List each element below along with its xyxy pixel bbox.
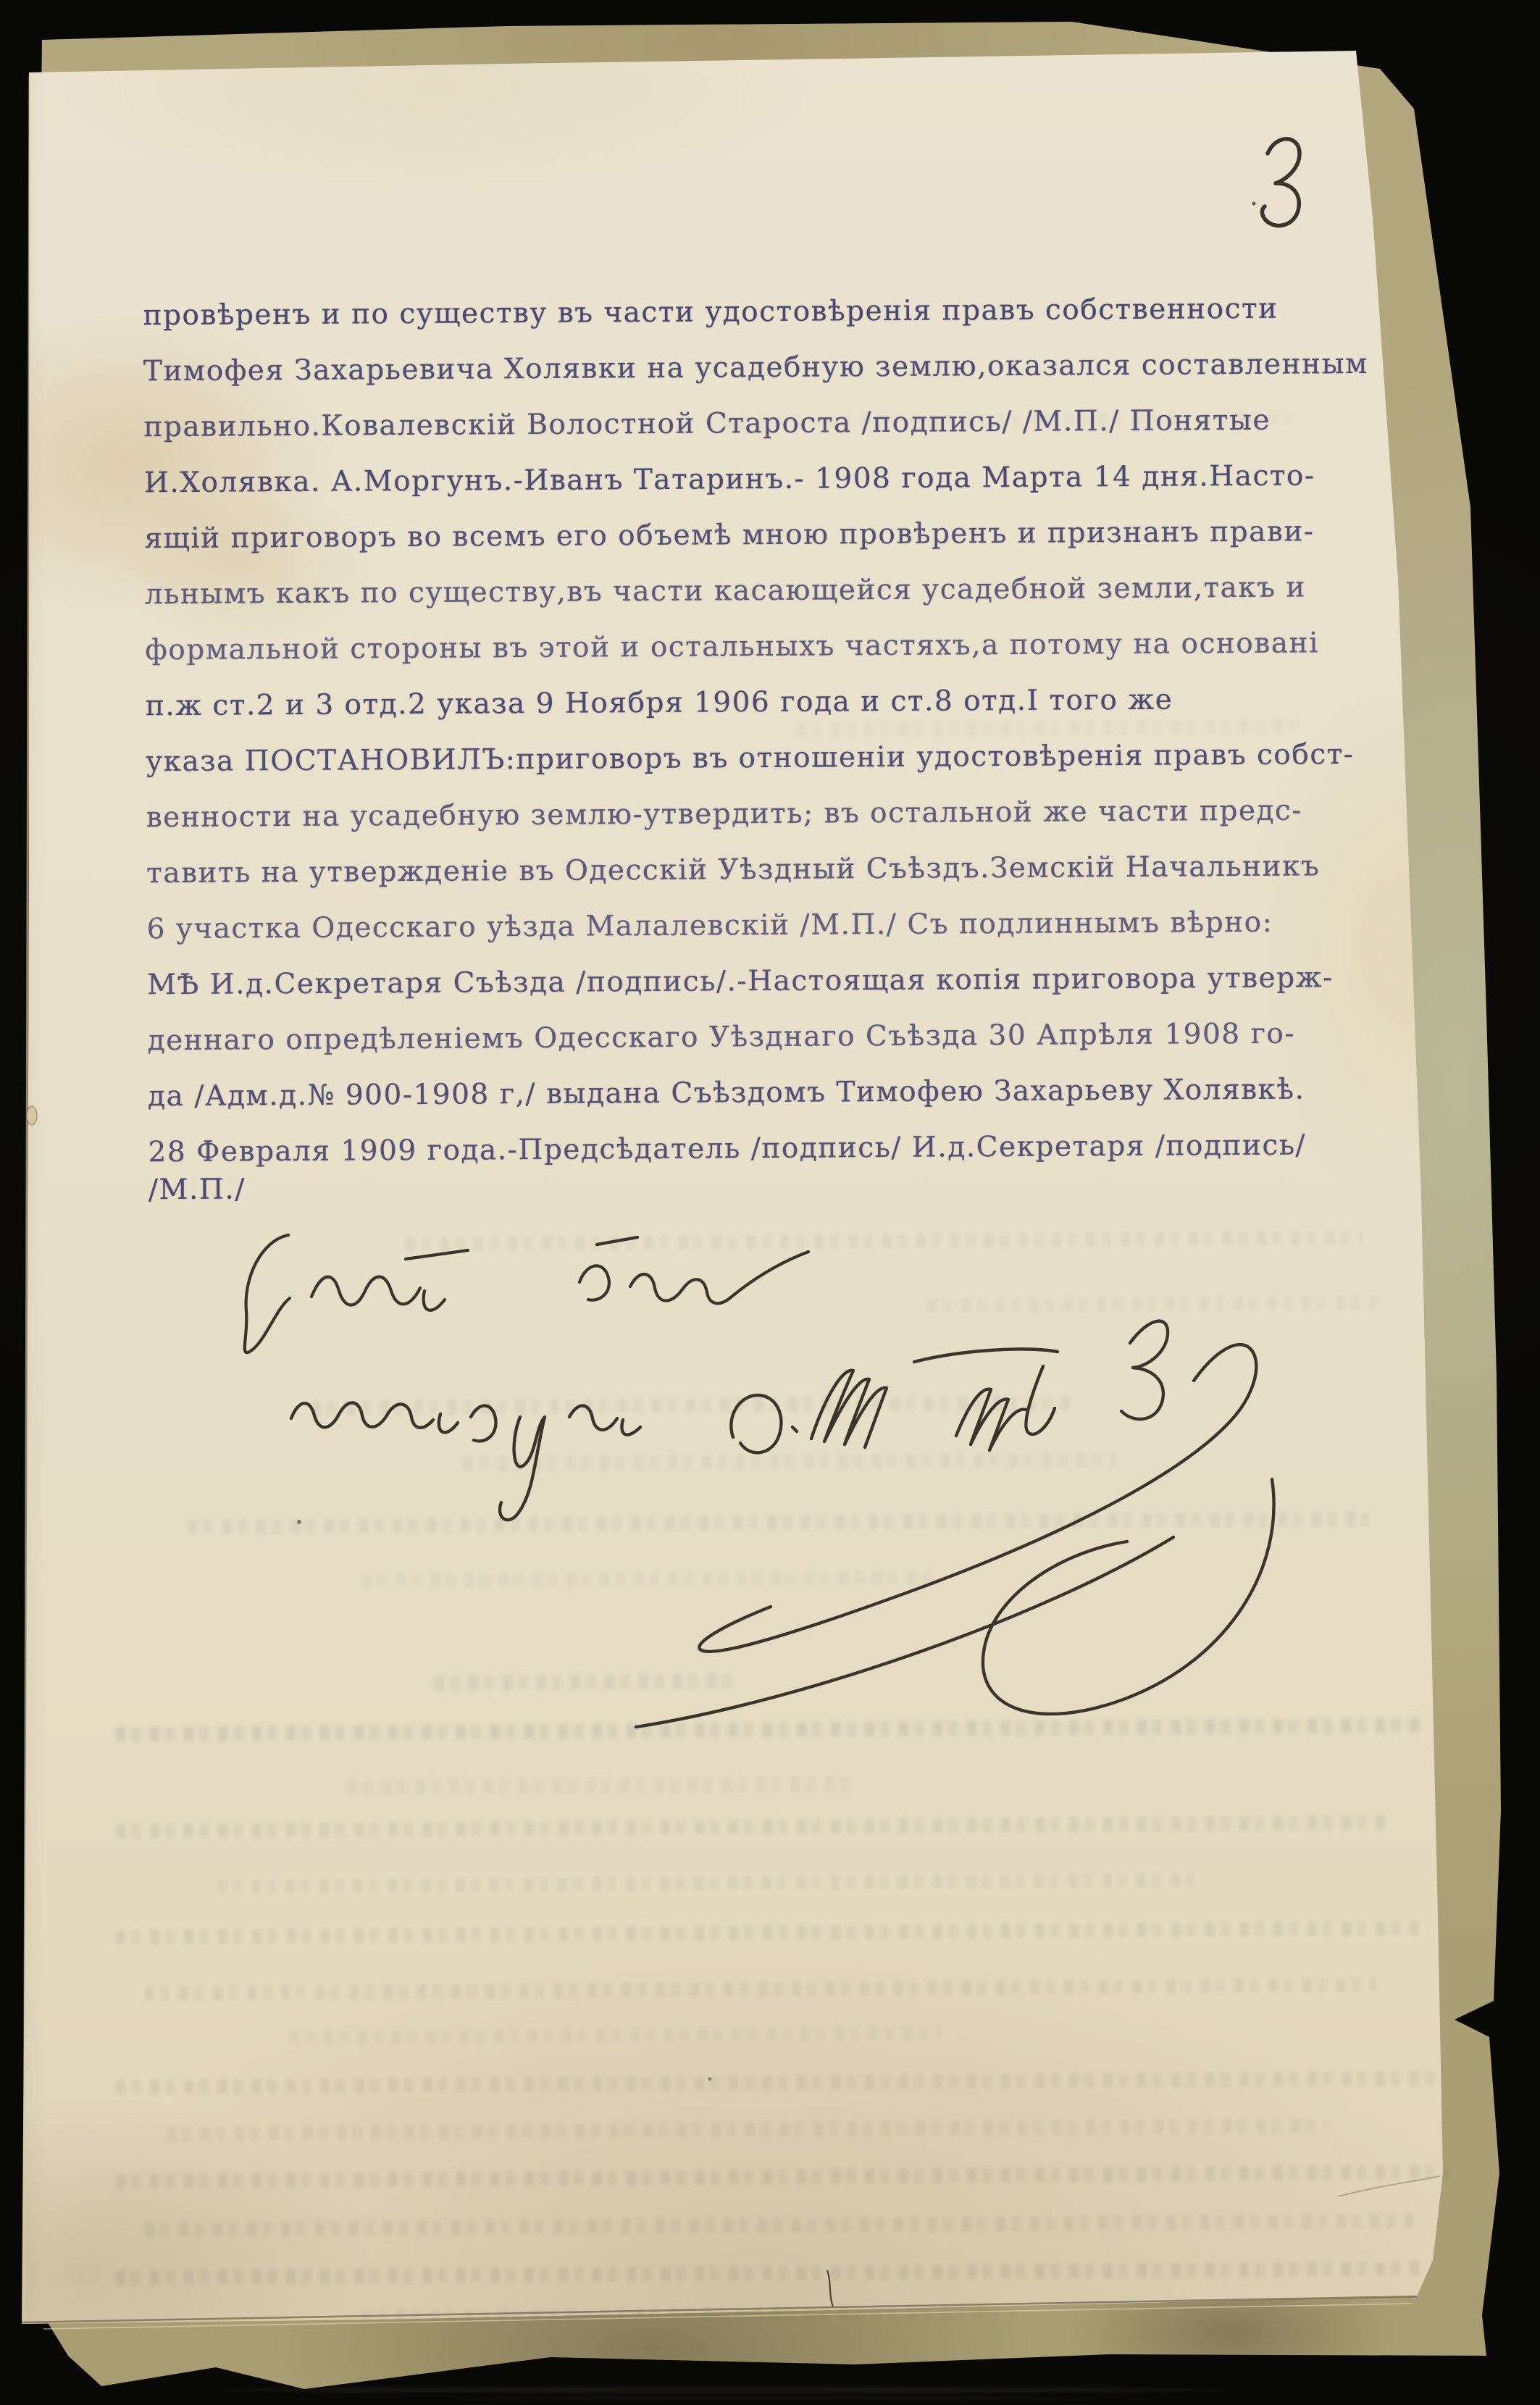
- signature-middle: [956, 1366, 1055, 1450]
- paper-fiber: [827, 2270, 833, 2306]
- notary-title-script: [291, 1402, 640, 1520]
- signature-sh: [811, 1371, 887, 1447]
- thread-knot: [27, 1106, 37, 1125]
- ink-speck: [708, 2078, 712, 2081]
- under-leaf-edge: [43, 2304, 1413, 2329]
- left-edge-highlight: [24, 76, 30, 2322]
- ink-speck: [1252, 202, 1256, 206]
- page-bottom-edge-line: [22, 2296, 1417, 2322]
- ink-speck: [297, 1520, 301, 1524]
- signature-initial: [731, 1395, 797, 1452]
- photo-background: провѣренъ и по существу въ части удостов…: [0, 0, 1540, 2405]
- corner-crease: [1339, 2176, 1440, 2196]
- page-number: [1252, 139, 1300, 226]
- signature-tail-loop: [699, 1344, 1256, 1652]
- attestation-handwriting: [245, 1235, 808, 1352]
- signature-sk: [1121, 1321, 1168, 1419]
- handwriting-overlay: [0, 0, 1540, 2405]
- signature-tbar: [914, 1349, 1058, 1362]
- page-number-3-glyph: [1262, 139, 1300, 226]
- notary-signature: [291, 1321, 1274, 1727]
- signature-oval-flourish: [983, 1479, 1274, 1714]
